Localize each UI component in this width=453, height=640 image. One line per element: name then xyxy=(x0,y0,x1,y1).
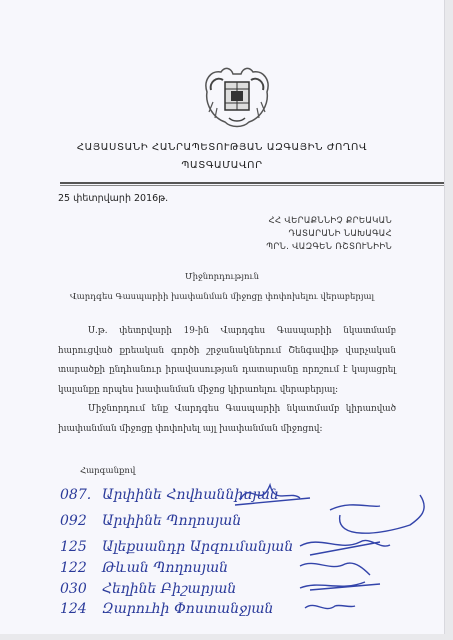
document-date: 25 փետրվարի 2016թ. xyxy=(58,193,168,204)
signature-row: 122 Թևան Պողոսյան xyxy=(60,557,238,579)
document-subject: Վարդգես Գասպարիի խափանման միջոցը փոփոխել… xyxy=(0,292,444,302)
closing-salutation: Հարգանքով xyxy=(80,466,135,476)
signatures-block: 087. Արփինե Հովհաննիսյան 092 Արփինե Պողո… xyxy=(0,480,444,630)
signatory-number: 122 xyxy=(60,560,102,576)
addressee-line: ՊՐՆ. ՎԱԶԳԵՆ ՌՇՏՈՒՆԻԻՆ xyxy=(266,241,392,254)
coat-of-arms-icon xyxy=(199,62,275,132)
document-page: ՀԱՅԱՍՏԱՆԻ ՀԱՆՐԱՊԵՏՈՒԹՅԱՆ ԱԶԳԱՅԻՆ ԺՈՂՈՎ Պ… xyxy=(0,0,445,634)
body-paragraph: Միջնորդում ենք Վարդգես Գասպարիի նկատմամբ… xyxy=(58,400,396,439)
signatory-number: 124 xyxy=(60,601,102,617)
signatory-name: Արփինե Պողոսյան xyxy=(102,513,241,529)
document-type: Միջնորդություն xyxy=(0,272,444,282)
signature-row: 092 Արփինե Պողոսյան xyxy=(60,510,251,532)
handwritten-signatures-icon xyxy=(230,480,444,630)
signatory-number: 030 xyxy=(60,581,102,597)
header-divider xyxy=(60,182,444,184)
organization-subtitle: ՊԱՏԳԱՄԱՎՈՐ xyxy=(0,160,444,171)
header-divider-thin xyxy=(60,185,444,186)
addressee-line: ԴԱՏԱՐԱՆԻ ՆԱԽԱԳԱՀ xyxy=(266,228,392,241)
addressee-block: ՀՀ ՎԵՐԱՔՆՆԻՉ ՔՐԵԱԿԱՆ ԴԱՏԱՐԱՆԻ ՆԱԽԱԳԱՀ ՊՐ… xyxy=(266,215,392,254)
body-paragraph: Ս.թ. փետրվարի 19-ին Վարդգես Գասպարիի նկա… xyxy=(58,322,396,400)
signatory-name: Թևան Պողոսյան xyxy=(102,560,228,576)
signatory-number: 087. xyxy=(60,487,102,503)
organization-title: ՀԱՅԱՍՏԱՆԻ ՀԱՆՐԱՊԵՏՈՒԹՅԱՆ ԱԶԳԱՅԻՆ ԺՈՂՈՎ xyxy=(0,142,444,153)
addressee-line: ՀՀ ՎԵՐԱՔՆՆԻՉ ՔՐԵԱԿԱՆ xyxy=(266,215,392,228)
signatory-number: 125 xyxy=(60,539,102,555)
signatory-name: Հեղինե Բիշարյան xyxy=(102,581,236,597)
signatory-number: 092 xyxy=(60,513,102,529)
signature-row: 030 Հեղինե Բիշարյան xyxy=(60,578,246,600)
document-body: Ս.թ. փետրվարի 19-ին Վարդգես Գասպարիի նկա… xyxy=(58,322,396,439)
